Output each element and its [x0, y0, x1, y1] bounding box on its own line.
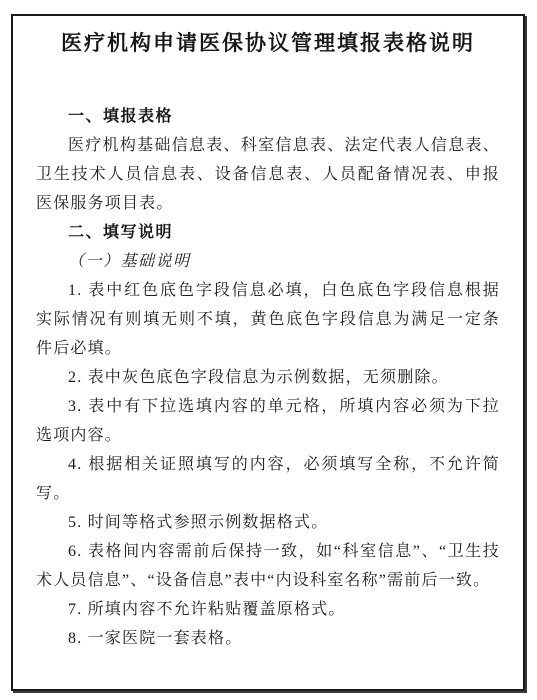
instruction-item-6: 6. 表格间内容需前后保持一致，如“科室信息”、“卫生技术人员信息”、“设备信息… — [36, 537, 500, 595]
section-1-paragraph: 医疗机构基础信息表、科室信息表、法定代表人信息表、卫生技术人员信息表、设备信息表… — [36, 131, 500, 218]
instruction-item-3: 3. 表中有下拉选填内容的单元格，所填内容必须为下拉选项内容。 — [36, 392, 500, 450]
instruction-item-2: 2. 表中灰色底色字段信息为示例数据，无须删除。 — [36, 363, 500, 392]
section-1-heading: 一、填报表格 — [36, 102, 500, 131]
instruction-item-4: 4. 根据相关证照填写的内容，必须填写全称，不允许简写。 — [36, 450, 500, 508]
instruction-item-5: 5. 时间等格式参照示例数据格式。 — [36, 508, 500, 537]
document-title: 医疗机构申请医保协议管理填报表格说明 — [36, 30, 500, 58]
instruction-item-1: 1. 表中红色底色字段信息必填，白色底色字段信息根据实际情况有则填无则不填，黄色… — [36, 276, 500, 363]
document-page: 医疗机构申请医保协议管理填报表格说明 一、填报表格 医疗机构基础信息表、科室信息… — [0, 0, 537, 700]
section-2-subheading: （一）基础说明 — [36, 247, 500, 276]
section-2-heading: 二、填写说明 — [36, 218, 500, 247]
instruction-item-8: 8. 一家医院一套表格。 — [36, 624, 500, 653]
document-border-box: 医疗机构申请医保协议管理填报表格说明 一、填报表格 医疗机构基础信息表、科室信息… — [11, 14, 525, 691]
instruction-item-7: 7. 所填内容不允许粘贴覆盖原格式。 — [36, 595, 500, 624]
